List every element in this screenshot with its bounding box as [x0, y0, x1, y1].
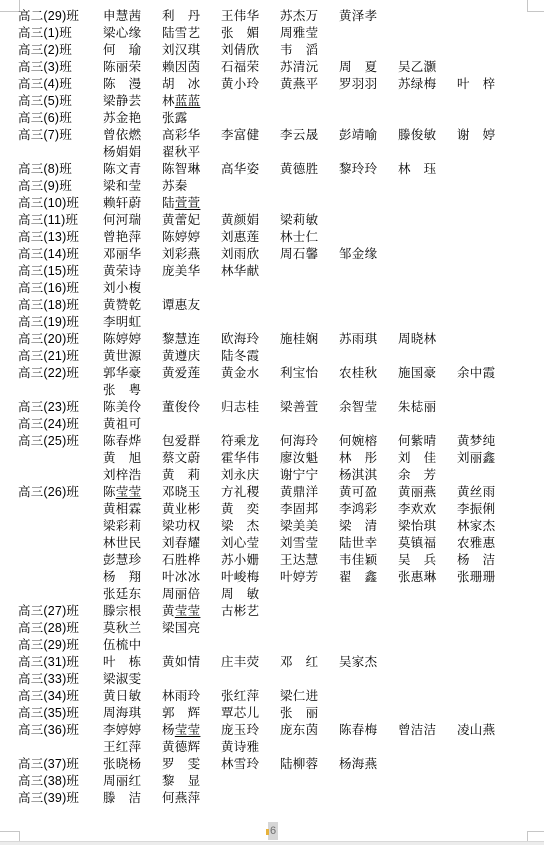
- student-name: 李明虹: [103, 314, 162, 331]
- student-name: 曾依燃: [103, 127, 162, 144]
- table-row: 高三(5)班梁静芸林蓝蓝: [0, 93, 544, 110]
- table-row: 高三(9)班梁和莹苏秦: [0, 178, 544, 195]
- student-name: 黎慧连: [162, 331, 221, 348]
- class-label: 高三(21)班: [0, 348, 103, 365]
- student-name: 黄鼎洋: [280, 484, 339, 501]
- student-name: 吴乙灏: [398, 59, 457, 76]
- student-name: 苏绿梅: [398, 76, 457, 93]
- underlined-name-part: 莹莹: [116, 485, 142, 499]
- class-label: 高三(6)班: [0, 110, 103, 127]
- student-name: 覃芯儿: [221, 705, 280, 722]
- table-row: 刘梓浩黄 莉刘永庆谢宁宁杨淇淇余 芳: [0, 467, 544, 484]
- student-name: 何紫晴: [398, 433, 457, 450]
- student-name: 苏雨琪: [339, 331, 398, 348]
- student-name: 庞玉玲: [221, 722, 280, 739]
- student-name: 谢 婷: [457, 127, 516, 144]
- student-name: 刘雨欣: [221, 246, 280, 263]
- student-name: 梁静芸: [103, 93, 162, 110]
- student-name: 凌山燕: [457, 722, 516, 739]
- table-row: 黄 旭蔡文蔚霍华伟廖汝魁林 彤刘 佳刘丽鑫: [0, 450, 544, 467]
- student-name: 黎 显: [162, 773, 221, 790]
- table-row: 梁彩莉梁功权梁 杰梁美美梁 清梁怡琪林家杰: [0, 518, 544, 535]
- table-row: 高三(4)班陈 漫胡 冰黄小玲黄燕平罗羽羽苏绿梅叶 梓: [0, 76, 544, 93]
- student-name: 归志桂: [221, 399, 280, 416]
- class-label: 高三(11)班: [0, 212, 103, 229]
- table-row: 高三(19)班李明虹: [0, 314, 544, 331]
- student-name: 庄丰荧: [221, 654, 280, 671]
- student-name: 施国豪: [398, 365, 457, 382]
- student-name: 周海琪: [103, 705, 162, 722]
- table-row: 高三(35)班周海琪郭 辉覃芯儿张 丽: [0, 705, 544, 722]
- student-name: 林 珏: [398, 161, 457, 178]
- table-row: 高三(21)班黄世源黄遵庆陆冬霞: [0, 348, 544, 365]
- student-name: 陈文青: [103, 161, 162, 178]
- student-name: 方礼稷: [221, 484, 280, 501]
- student-name: 黄相霖: [103, 501, 162, 518]
- student-name: 符乘龙: [221, 433, 280, 450]
- class-label: 高三(9)班: [0, 178, 103, 195]
- table-row: 高三(24)班黄祖可: [0, 416, 544, 433]
- student-name: 黄金水: [221, 365, 280, 382]
- student-name: 古彬艺: [221, 603, 280, 620]
- student-name: 罗羽羽: [339, 76, 398, 93]
- table-row: 张廷东周丽倍周 敏: [0, 586, 544, 603]
- class-label: 高三(8)班: [0, 161, 103, 178]
- student-name: 梁 清: [339, 518, 398, 535]
- table-row: 高三(8)班陈文青陈智琳高华姿黄德胜黎玲玲林 珏: [0, 161, 544, 178]
- class-label: 高三(35)班: [0, 705, 103, 722]
- student-name: 陆世幸: [339, 535, 398, 552]
- student-name: 黄遵庆: [162, 348, 221, 365]
- student-name: 梁心缘: [103, 25, 162, 42]
- class-label: 高三(2)班: [0, 42, 103, 59]
- class-label: 高三(20)班: [0, 331, 103, 348]
- class-label: 高三(31)班: [0, 654, 103, 671]
- student-name: 林蓝蓝: [162, 93, 221, 110]
- table-row: 高二(29)班申慧茜利 丹王伟华苏杰万黄泽孝: [0, 8, 544, 25]
- table-row: 高三(10)班赖轩蔚陆萱萱: [0, 195, 544, 212]
- class-label: 高三(34)班: [0, 688, 103, 705]
- student-name: 黄 莉: [162, 467, 221, 484]
- student-name: 张 丽: [280, 705, 339, 722]
- class-label: [0, 144, 103, 161]
- student-name: 陆柳蓉: [280, 756, 339, 773]
- student-name: 刘丽鑫: [457, 450, 516, 467]
- class-label: 高三(29)班: [0, 637, 103, 654]
- student-name: 郭华豪: [103, 365, 162, 382]
- student-name: 陆雪艺: [162, 25, 221, 42]
- student-name: 刘惠莲: [221, 229, 280, 246]
- student-name: 莫镇福: [398, 535, 457, 552]
- class-label: [0, 501, 103, 518]
- student-name: 张晓杨: [103, 756, 162, 773]
- table-row: 高三(23)班陈美伶董俊伶归志桂梁善萱余智莹朱梽丽: [0, 399, 544, 416]
- student-name: 何婉榕: [339, 433, 398, 450]
- student-name: 周 敏: [221, 586, 280, 603]
- student-name: 张惠琳: [398, 569, 457, 586]
- student-name: 黄祖可: [103, 416, 162, 433]
- student-name: 苏清沅: [280, 59, 339, 76]
- student-name: 滕 洁: [103, 790, 162, 807]
- student-name: 周石馨: [280, 246, 339, 263]
- table-row: 高三(22)班郭华豪黄爱莲黄金水利宝怡农桂秋施国豪余中霞: [0, 365, 544, 382]
- student-name: 黄如情: [162, 654, 221, 671]
- student-name: 谭惠友: [162, 297, 221, 314]
- student-name: 申慧茜: [103, 8, 162, 25]
- student-name: 利 丹: [162, 8, 221, 25]
- class-label: 高三(13)班: [0, 229, 103, 246]
- student-name: 刘彩燕: [162, 246, 221, 263]
- student-name: 刘汉琪: [162, 42, 221, 59]
- student-name: 农雅惠: [457, 535, 516, 552]
- student-name: 周丽红: [103, 773, 162, 790]
- class-label: [0, 450, 103, 467]
- student-name: 杨淇淇: [339, 467, 398, 484]
- student-name: 梁怡琪: [398, 518, 457, 535]
- student-name: 罗 雯: [162, 756, 221, 773]
- table-row: 高三(6)班苏金艳张露: [0, 110, 544, 127]
- student-name: 叶冰冰: [162, 569, 221, 586]
- student-name: 陆萱萱: [162, 195, 221, 212]
- table-row: 高三(33)班梁淑雯: [0, 671, 544, 688]
- student-name: 梁美美: [280, 518, 339, 535]
- student-name: 莫秋兰: [103, 620, 162, 637]
- student-name: 胡 冰: [162, 76, 221, 93]
- student-name: 朱梽丽: [398, 399, 457, 416]
- student-name: 陈丽荣: [103, 59, 162, 76]
- student-name: 黄丝雨: [457, 484, 516, 501]
- student-name: 欧海玲: [221, 331, 280, 348]
- class-label: 高三(14)班: [0, 246, 103, 263]
- table-row: 高三(7)班曾依燃高彩华李富健李云晟彭靖喻滕俊敏谢 婷: [0, 127, 544, 144]
- student-name: 黄泽孝: [339, 8, 398, 25]
- class-roster-table[interactable]: 高二(29)班申慧茜利 丹王伟华苏杰万黄泽孝高三(1)班梁心缘陆雪艺张 媚周雅莹…: [0, 8, 544, 807]
- student-name: 刘雪莹: [280, 535, 339, 552]
- student-name: 李鸿彩: [339, 501, 398, 518]
- student-name: 杨海燕: [339, 756, 398, 773]
- student-name: 梁和莹: [103, 178, 162, 195]
- student-name: 高彩华: [162, 127, 221, 144]
- student-name: 农桂秋: [339, 365, 398, 382]
- class-label: 高三(15)班: [0, 263, 103, 280]
- student-name: 何河瑞: [103, 212, 162, 229]
- class-label: [0, 552, 103, 569]
- page-number-field[interactable]: 6: [268, 822, 278, 840]
- student-name: 曾洁洁: [398, 722, 457, 739]
- student-name: 韦佳颖: [339, 552, 398, 569]
- class-label: 高三(23)班: [0, 399, 103, 416]
- student-name: 余 芳: [398, 467, 457, 484]
- table-row: 高三(31)班叶 栋黄如情庄丰荧邓 红吴家杰: [0, 654, 544, 671]
- table-row: 高三(25)班陈春烨包爱群符乘龙何海玲何婉榕何紫晴黄梦纯: [0, 433, 544, 450]
- class-label: [0, 382, 103, 399]
- student-name: 董俊伶: [162, 399, 221, 416]
- table-row: 高三(14)班邓丽华刘彩燕刘雨欣周石馨邹金缘: [0, 246, 544, 263]
- cursor-tick: [266, 829, 269, 835]
- student-name: 曾艳萍: [103, 229, 162, 246]
- student-name: 林家杰: [457, 518, 516, 535]
- student-name: 伍梳中: [103, 637, 162, 654]
- class-label: 高三(22)班: [0, 365, 103, 382]
- student-name: 陈婷婷: [103, 331, 162, 348]
- table-row: 高三(13)班曾艳萍陈婷婷刘惠莲林士仁: [0, 229, 544, 246]
- student-name: 陈智琳: [162, 161, 221, 178]
- student-name: 石胜桦: [162, 552, 221, 569]
- class-label: 高三(16)班: [0, 280, 103, 297]
- student-name: 梁莉敏: [280, 212, 339, 229]
- table-row: 张 粤: [0, 382, 544, 399]
- student-name: 陈春烨: [103, 433, 162, 450]
- class-label: 高三(7)班: [0, 127, 103, 144]
- class-label: [0, 518, 103, 535]
- table-row: 高三(34)班黄日敏林雨玲张红萍梁仁进: [0, 688, 544, 705]
- underlined-name-part: 莹莹: [175, 723, 201, 737]
- student-name: 黄梦纯: [457, 433, 516, 450]
- student-name: 王达慧: [280, 552, 339, 569]
- table-row: 高三(38)班周丽红黎 显: [0, 773, 544, 790]
- student-name: 黄燕平: [280, 76, 339, 93]
- student-name: 黄日敏: [103, 688, 162, 705]
- class-label: 高三(3)班: [0, 59, 103, 76]
- table-row: 彭慧珍石胜桦苏小姗王达慧韦佳颖吴 兵杨 洁: [0, 552, 544, 569]
- student-name: 庞东茵: [280, 722, 339, 739]
- student-name: 杨 洁: [457, 552, 516, 569]
- student-name: 林士仁: [280, 229, 339, 246]
- student-name: 吴 兵: [398, 552, 457, 569]
- student-name: 廖汝魁: [280, 450, 339, 467]
- student-name: 陈美伶: [103, 399, 162, 416]
- student-name: 赖因茵: [162, 59, 221, 76]
- student-name: 滕俊敏: [398, 127, 457, 144]
- student-name: 余智莹: [339, 399, 398, 416]
- student-name: 韦 滔: [280, 42, 339, 59]
- student-name: 叶婷芳: [280, 569, 339, 586]
- class-label: 高三(39)班: [0, 790, 103, 807]
- student-name: 杨娟娟: [103, 144, 162, 161]
- table-row: 高三(26)班陈莹莹邓晓玉方礼稷黄鼎洋黄可盈黄丽燕黄丝雨: [0, 484, 544, 501]
- student-name: 陈婷婷: [162, 229, 221, 246]
- text-boundary-mark-bottom-left: [0, 831, 20, 841]
- class-label: 高三(5)班: [0, 93, 103, 110]
- table-row: 杨 翔叶冰冰叶峻梅叶婷芳翟 鑫张惠琳张珊珊: [0, 569, 544, 586]
- student-name: 王红萍: [103, 739, 162, 756]
- student-name: 张红萍: [221, 688, 280, 705]
- student-name: 张廷东: [103, 586, 162, 603]
- student-name: 刘春耀: [162, 535, 221, 552]
- class-label: 高三(1)班: [0, 25, 103, 42]
- student-name: 黄爱莲: [162, 365, 221, 382]
- underlined-name-part: 蓝蓝: [175, 94, 201, 108]
- student-name: 陆冬霞: [221, 348, 280, 365]
- student-name: 彭慧珍: [103, 552, 162, 569]
- student-name: 黄丽燕: [398, 484, 457, 501]
- student-name: 苏小姗: [221, 552, 280, 569]
- student-name: 高华姿: [221, 161, 280, 178]
- class-label: 高三(26)班: [0, 484, 103, 501]
- table-row: 林世民刘春耀刘心莹刘雪莹陆世幸莫镇福农雅惠: [0, 535, 544, 552]
- table-row: 高三(37)班张晓杨罗 雯林雪玲陆柳蓉杨海燕: [0, 756, 544, 773]
- student-name: 梁仁进: [280, 688, 339, 705]
- student-name: 谢宁宁: [280, 467, 339, 484]
- student-name: 苏秦: [162, 178, 221, 195]
- underlined-name-part: 萱萱: [175, 196, 201, 210]
- student-name: 叶峻梅: [221, 569, 280, 586]
- student-name: 刘永庆: [221, 467, 280, 484]
- student-name: 梁 杰: [221, 518, 280, 535]
- table-row: 杨娟娟翟秋平: [0, 144, 544, 161]
- table-row: 高三(20)班陈婷婷黎慧连欧海玲施桂娴苏雨琪周晓林: [0, 331, 544, 348]
- student-name: 李富健: [221, 127, 280, 144]
- student-name: 何燕萍: [162, 790, 221, 807]
- student-name: 林华献: [221, 263, 280, 280]
- document-page[interactable]: 高二(29)班申慧茜利 丹王伟华苏杰万黄泽孝高三(1)班梁心缘陆雪艺张 媚周雅莹…: [0, 0, 544, 845]
- student-name: 周晓林: [398, 331, 457, 348]
- class-label: 高三(19)班: [0, 314, 103, 331]
- table-row: 高三(18)班黄赞乾谭惠友: [0, 297, 544, 314]
- student-name: 邓晓玉: [162, 484, 221, 501]
- student-name: 翟 鑫: [339, 569, 398, 586]
- student-name: 周 夏: [339, 59, 398, 76]
- class-label: 高三(38)班: [0, 773, 103, 790]
- table-row: 高三(3)班陈丽荣赖因茵石福荣苏清沅周 夏吴乙灏: [0, 59, 544, 76]
- student-name: 李振俐: [457, 501, 516, 518]
- student-name: 李云晟: [280, 127, 339, 144]
- student-name: 余中霞: [457, 365, 516, 382]
- student-name: 黄可盈: [339, 484, 398, 501]
- student-name: 彭靖喻: [339, 127, 398, 144]
- student-name: 陈莹莹: [103, 484, 162, 501]
- student-name: 赖轩蔚: [103, 195, 162, 212]
- student-name: 郭 辉: [162, 705, 221, 722]
- class-label: 高三(37)班: [0, 756, 103, 773]
- student-name: 黄赞乾: [103, 297, 162, 314]
- student-name: 林雨玲: [162, 688, 221, 705]
- student-name: 黄世源: [103, 348, 162, 365]
- student-name: 黄 旭: [103, 450, 162, 467]
- student-name: 王伟华: [221, 8, 280, 25]
- student-name: 梁淑雯: [103, 671, 162, 688]
- student-name: 黎玲玲: [339, 161, 398, 178]
- table-row: 高三(29)班伍梳中: [0, 637, 544, 654]
- student-name: 刘倩欣: [221, 42, 280, 59]
- class-label: [0, 586, 103, 603]
- student-name: 包爱群: [162, 433, 221, 450]
- table-row: 王红萍黄德辉黄诗雅: [0, 739, 544, 756]
- student-name: 周雅莹: [280, 25, 339, 42]
- student-name: 黄蕾妃: [162, 212, 221, 229]
- class-label: 高三(28)班: [0, 620, 103, 637]
- student-name: 陈春梅: [339, 722, 398, 739]
- student-name: 利宝怡: [280, 365, 339, 382]
- table-row: 高三(27)班滕宗根黄莹莹古彬艺: [0, 603, 544, 620]
- student-name: 林雪玲: [221, 756, 280, 773]
- class-label: 高三(25)班: [0, 433, 103, 450]
- student-name: 施桂娴: [280, 331, 339, 348]
- student-name: 黄小玲: [221, 76, 280, 93]
- text-boundary-mark-bottom-right: [527, 831, 544, 841]
- student-name: 黄诗雅: [221, 739, 280, 756]
- underlined-name-part: 莹莹: [175, 604, 201, 618]
- student-name: 黄 奕: [221, 501, 280, 518]
- student-name: 林世民: [103, 535, 162, 552]
- class-label: 高三(36)班: [0, 722, 103, 739]
- table-row: 黄相霖黄业彬黄 奕李固邦李鸿彩李欢欢李振俐: [0, 501, 544, 518]
- class-label: [0, 535, 103, 552]
- class-label: 高三(10)班: [0, 195, 103, 212]
- student-name: 刘梓浩: [103, 467, 162, 484]
- student-name: 黄德胜: [280, 161, 339, 178]
- student-name: 黄颜娟: [221, 212, 280, 229]
- student-name: 蔡文蔚: [162, 450, 221, 467]
- student-name: 翟秋平: [162, 144, 221, 161]
- table-row: 高三(36)班李婷婷杨莹莹庞玉玲庞东茵陈春梅曾洁洁凌山燕: [0, 722, 544, 739]
- student-name: 石福荣: [221, 59, 280, 76]
- student-name: 黄荣诗: [103, 263, 162, 280]
- student-name: 李固邦: [280, 501, 339, 518]
- student-name: 霍华伟: [221, 450, 280, 467]
- student-name: 梁善萱: [280, 399, 339, 416]
- student-name: 张露: [162, 110, 221, 127]
- student-name: 杨 翔: [103, 569, 162, 586]
- student-name: 何海玲: [280, 433, 339, 450]
- student-name: 何 瑜: [103, 42, 162, 59]
- student-name: 梁彩莉: [103, 518, 162, 535]
- student-name: 黄德辉: [162, 739, 221, 756]
- student-name: 刘心莹: [221, 535, 280, 552]
- table-row: 高三(1)班梁心缘陆雪艺张 媚周雅莹: [0, 25, 544, 42]
- student-name: 张 粤: [103, 382, 162, 399]
- table-row: 高三(2)班何 瑜刘汉琪刘倩欣韦 滔: [0, 42, 544, 59]
- class-label: 高三(24)班: [0, 416, 103, 433]
- table-row: 高三(11)班何河瑞黄蕾妃黄颜娟梁莉敏: [0, 212, 544, 229]
- class-label: [0, 569, 103, 586]
- class-label: 高三(27)班: [0, 603, 103, 620]
- student-name: 叶 栋: [103, 654, 162, 671]
- student-name: 梁国亮: [162, 620, 221, 637]
- student-name: 张 媚: [221, 25, 280, 42]
- student-name: 吴家杰: [339, 654, 398, 671]
- class-label: 高三(4)班: [0, 76, 103, 93]
- student-name: 邓 红: [280, 654, 339, 671]
- student-name: 邓丽华: [103, 246, 162, 263]
- student-name: 张珊珊: [457, 569, 516, 586]
- student-name: 李婷婷: [103, 722, 162, 739]
- student-name: 刘 佳: [398, 450, 457, 467]
- class-label: [0, 739, 103, 756]
- student-name: 苏杰万: [280, 8, 339, 25]
- student-name: 苏金艳: [103, 110, 162, 127]
- student-name: 叶 梓: [457, 76, 516, 93]
- table-row: 高三(39)班滕 洁何燕萍: [0, 790, 544, 807]
- student-name: 邹金缘: [339, 246, 398, 263]
- student-name: 林 彤: [339, 450, 398, 467]
- student-name: 陈 漫: [103, 76, 162, 93]
- page-bottom-edge: [0, 841, 544, 845]
- student-name: 黄业彬: [162, 501, 221, 518]
- table-row: 高三(28)班莫秋兰梁国亮: [0, 620, 544, 637]
- class-label: [0, 467, 103, 484]
- student-name: 滕宗根: [103, 603, 162, 620]
- table-row: 高三(15)班黄荣诗庞美华林华献: [0, 263, 544, 280]
- student-name: 李欢欢: [398, 501, 457, 518]
- student-name: 庞美华: [162, 263, 221, 280]
- student-name: 杨莹莹: [162, 722, 221, 739]
- student-name: 黄莹莹: [162, 603, 221, 620]
- student-name: 刘小椱: [103, 280, 162, 297]
- table-row: 高三(16)班刘小椱: [0, 280, 544, 297]
- class-label: 高二(29)班: [0, 8, 103, 25]
- class-label: 高三(33)班: [0, 671, 103, 688]
